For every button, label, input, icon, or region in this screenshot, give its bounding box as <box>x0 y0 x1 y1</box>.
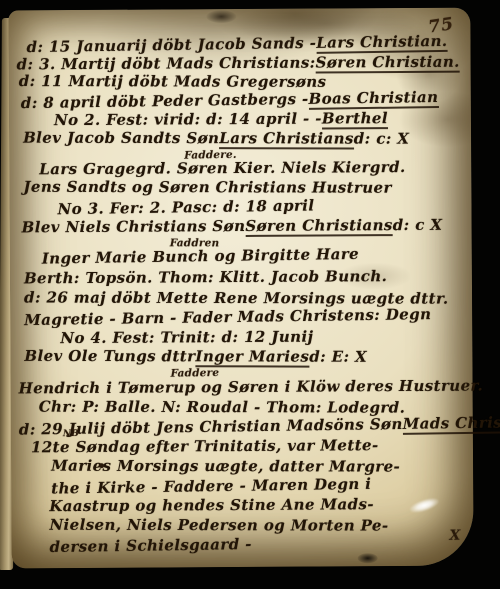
manuscript-line: Chr: P: Balle. N: Roudal - Thom: Lodegrd… <box>39 400 406 416</box>
line-text: d: 3. Martij döbt Mads Christians: <box>17 56 316 73</box>
line-text: d: 26 maj döbt Mette Rene Morsings uægte… <box>24 290 448 306</box>
manuscript-line: Blev Ole Tungs dttr Inger Maries d: E: X <box>24 349 367 368</box>
line-text: 12te Søndag efter Trinitatis, var Mette- <box>31 438 379 455</box>
nb-insertion-mark: NB <box>63 429 79 439</box>
manuscript-line: Blev Jacob Sandts Søn Lars Christians d:… <box>23 131 409 150</box>
manuscript-line: d: 11 Martij döbt Mads Gregersøns <box>19 74 327 90</box>
line-text: Nielsen, Niels Pedersen og Morten Pe- <box>49 518 388 534</box>
manuscript-line: Nielsen, Niels Pedersen og Morten Pe- <box>49 518 388 534</box>
manuscript-line: No 4. Fest: Trinit: d: 12 Junij <box>60 330 313 347</box>
line-text: Hendrich i Tømerup og Søren i Klöw deres… <box>19 379 484 397</box>
manuscript-scan: 75 d: 15 Januarij döbt Jacob Sands - Lar… <box>0 0 500 589</box>
line-text: dersen i Schielsgaard - <box>49 537 251 555</box>
underlined-name: Berthel <box>322 111 388 129</box>
line-text: Blev Ole Tungs dttr <box>24 349 195 364</box>
manuscript-line: the i Kirke - Faddere - Maren Degn i <box>51 477 371 497</box>
line-text: Jens Sandts og Søren Christians Hustruer <box>23 180 391 196</box>
ink-stain <box>206 10 236 23</box>
manuscript-line: dersen i Schielsgaard - <box>49 537 251 555</box>
margin-bullet-mark: • <box>97 459 106 475</box>
line-text: Magretie - Barn - Fader Mads Christens: … <box>24 307 431 328</box>
manuscript-line: 12te Søndag efter Trinitatis, var Mette- <box>31 438 379 455</box>
line-text: d: c: X <box>354 132 410 147</box>
underlined-name: Inger Maries <box>195 349 309 367</box>
line-text: Chr: P: Balle. N: Roudal - Thom: Lodegrd… <box>39 400 406 416</box>
line-text: Kaastrup og hendes Stine Ane Mads- <box>49 497 374 514</box>
corner-x-mark: X <box>449 528 460 544</box>
line-text: the i Kirke - Faddere - Maren Degn i <box>51 477 371 497</box>
paper: 75 d: 15 Januarij döbt Jacob Sands - Lar… <box>8 8 473 569</box>
manuscript-line: Jens Sandts og Søren Christians Hustruer <box>23 180 391 196</box>
ink-blot <box>358 553 378 563</box>
underlined-name: Lars Christians <box>219 131 353 149</box>
manuscript-line: Kaastrup og hendes Stine Ane Mads- <box>49 497 374 514</box>
scratch-glint <box>408 495 440 515</box>
underlined-name: Lars Christian. <box>316 34 447 54</box>
line-text: Inger Marie Bunch og Birgitte Hare <box>42 247 359 267</box>
line-text: d: E: X <box>309 350 367 365</box>
manuscript-line: Lars Gragegrd. Søren Kier. Niels Kiergrd… <box>39 160 405 177</box>
manuscript-line: d: 26 maj döbt Mette Rene Morsings uægte… <box>24 290 448 306</box>
line-text: Berth: Topsön. Thom: Klitt. Jacob Bunch. <box>24 269 387 286</box>
line-text: No 4. Fest: Trinit: d: 12 Junij <box>60 330 313 347</box>
manuscript-line: Magretie - Barn - Fader Mads Christens: … <box>24 307 431 328</box>
underlined-name: Søren Christians <box>245 218 393 237</box>
line-text: d: 11 Martij döbt Mads Gregersøns <box>19 74 327 90</box>
line-text: Blev Jacob Sandts Søn <box>23 131 219 147</box>
line-text: Blev Niels Christians Søn <box>22 219 246 235</box>
manuscript-line: No 3. Fer: 2. Pasc: d: 18 april <box>57 198 314 217</box>
line-text: Lars Gragegrd. Søren Kier. Niels Kiergrd… <box>39 160 405 177</box>
manuscript-line: Hendrich i Tømerup og Søren i Klöw deres… <box>19 379 484 397</box>
underlined-name: Mads Christian <box>403 415 500 435</box>
manuscript-line: Berth: Topsön. Thom: Klitt. Jacob Bunch. <box>24 269 387 286</box>
manuscript-line: Inger Marie Bunch og Birgitte Hare <box>42 247 359 267</box>
line-text: d: 15 Januarij döbt Jacob Sands - <box>26 36 316 55</box>
line-text: d: 8 april döbt Peder Gastbergs - <box>21 92 309 111</box>
line-text: d: c X <box>393 218 443 233</box>
line-text: No 3. Fer: 2. Pasc: d: 18 april <box>57 198 314 217</box>
manuscript-line: Blev Niels Christians Søn Søren Christia… <box>22 218 443 239</box>
underlined-name: Søren Christian. <box>316 55 460 74</box>
underlined-name: Boas Christian <box>308 90 438 110</box>
line-text: No 2. Fest: virid: d: 14 april - - <box>54 112 322 129</box>
